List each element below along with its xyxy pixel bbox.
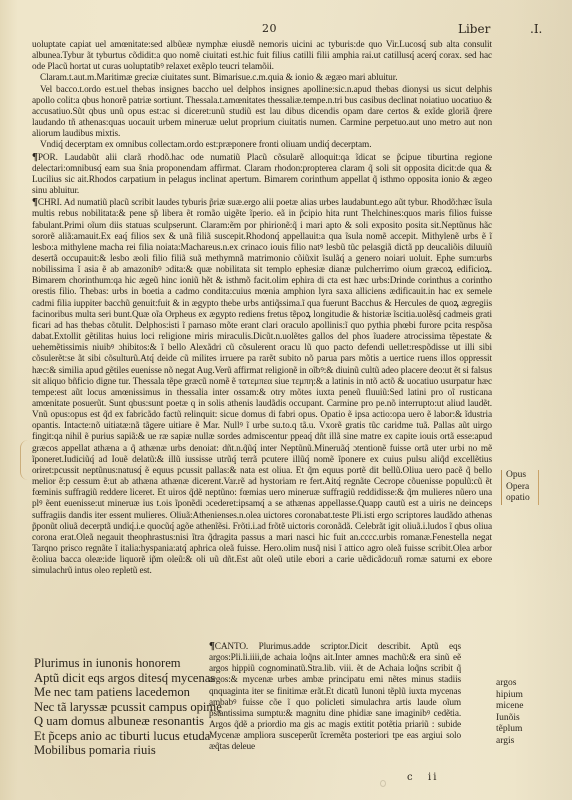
page-scan: 20 Liber .I. uoluptate capiat uel amœnit… (0, 0, 572, 800)
marginal-note-line: Iunõis (496, 713, 523, 725)
marginal-note-line: argos (496, 678, 523, 690)
running-title: Liber (458, 22, 490, 36)
signature-quire: c (407, 772, 414, 783)
marginal-note-line: Opus (506, 470, 530, 482)
page-header: 20 Liber .I. (0, 22, 572, 42)
verse-line: Me nec tam patiens lacedemon (34, 685, 214, 700)
commentary-paragraph: uoluptate capiat uel amœnitate:sed albũe… (32, 40, 492, 73)
marginal-note-line: hipium (496, 690, 523, 702)
verse-line: Mobilibus pomaria riuis (34, 743, 214, 758)
marginal-note-line: Opera (506, 482, 530, 494)
paper-blemish (380, 780, 386, 787)
commentary-paragraph-por: ¶POR. Laudabũt alii clarã rhodõ.hac ode … (32, 152, 492, 198)
book-number: .I. (530, 22, 542, 36)
folio-number: 20 (262, 22, 277, 35)
margin-bracket-mark (20, 440, 29, 480)
lower-commentary: ¶CANTO. Plurimus.adde scriptor.Dicit des… (209, 641, 461, 754)
verse-line: Plurimus in iunonis honorem (34, 656, 214, 671)
lower-section: Plurimus in iunonis honorem Aptũ dicit e… (0, 641, 572, 771)
verse-text: Plurimus in iunonis honorem Aptũ dicit e… (34, 656, 214, 758)
marginal-note-opus: Opus Opera opatio (501, 470, 539, 505)
verse-line: Q uam domus albuneæ resonantis (34, 714, 214, 729)
marginal-note-line: micene (496, 701, 523, 713)
verse-line: Et p̃ceps anio ac tiburti lucus etuda (34, 729, 214, 744)
signature-leaf: ii (428, 772, 438, 783)
commentary-paragraph: Vel bacco.t.ordo est.uel thebas insignes… (32, 85, 492, 141)
marginal-note-argos: argos hipium micene Iunõis tẽplum argis (496, 678, 523, 748)
commentary-paragraph: Vndiq́ decerptam ex omnibus collectam.or… (32, 140, 492, 151)
commentary-paragraph: Claram.t.aut.m.Maritimæ greciæ ciuitates… (32, 73, 492, 84)
lower-commentary-text: CANTO. Plurimus.adde scriptor.Dicit desc… (209, 642, 461, 752)
commentary-block: uoluptate capiat uel amœnitate:sed albũe… (32, 40, 492, 578)
commentary-paragraph-chri: ¶CHRI. Ad numatiũ placũ scribit laudes t… (32, 197, 492, 577)
marginal-note-line: tẽplum (496, 724, 523, 736)
verse-line: Nec tã laryssæ pcussit campus opimę (34, 700, 214, 715)
marginal-note-line: opatio (506, 493, 530, 505)
marginal-note-line: argis (496, 736, 523, 748)
verse-line: Aptũ dicit eqs argos ditesq́ mycenas (34, 671, 214, 686)
